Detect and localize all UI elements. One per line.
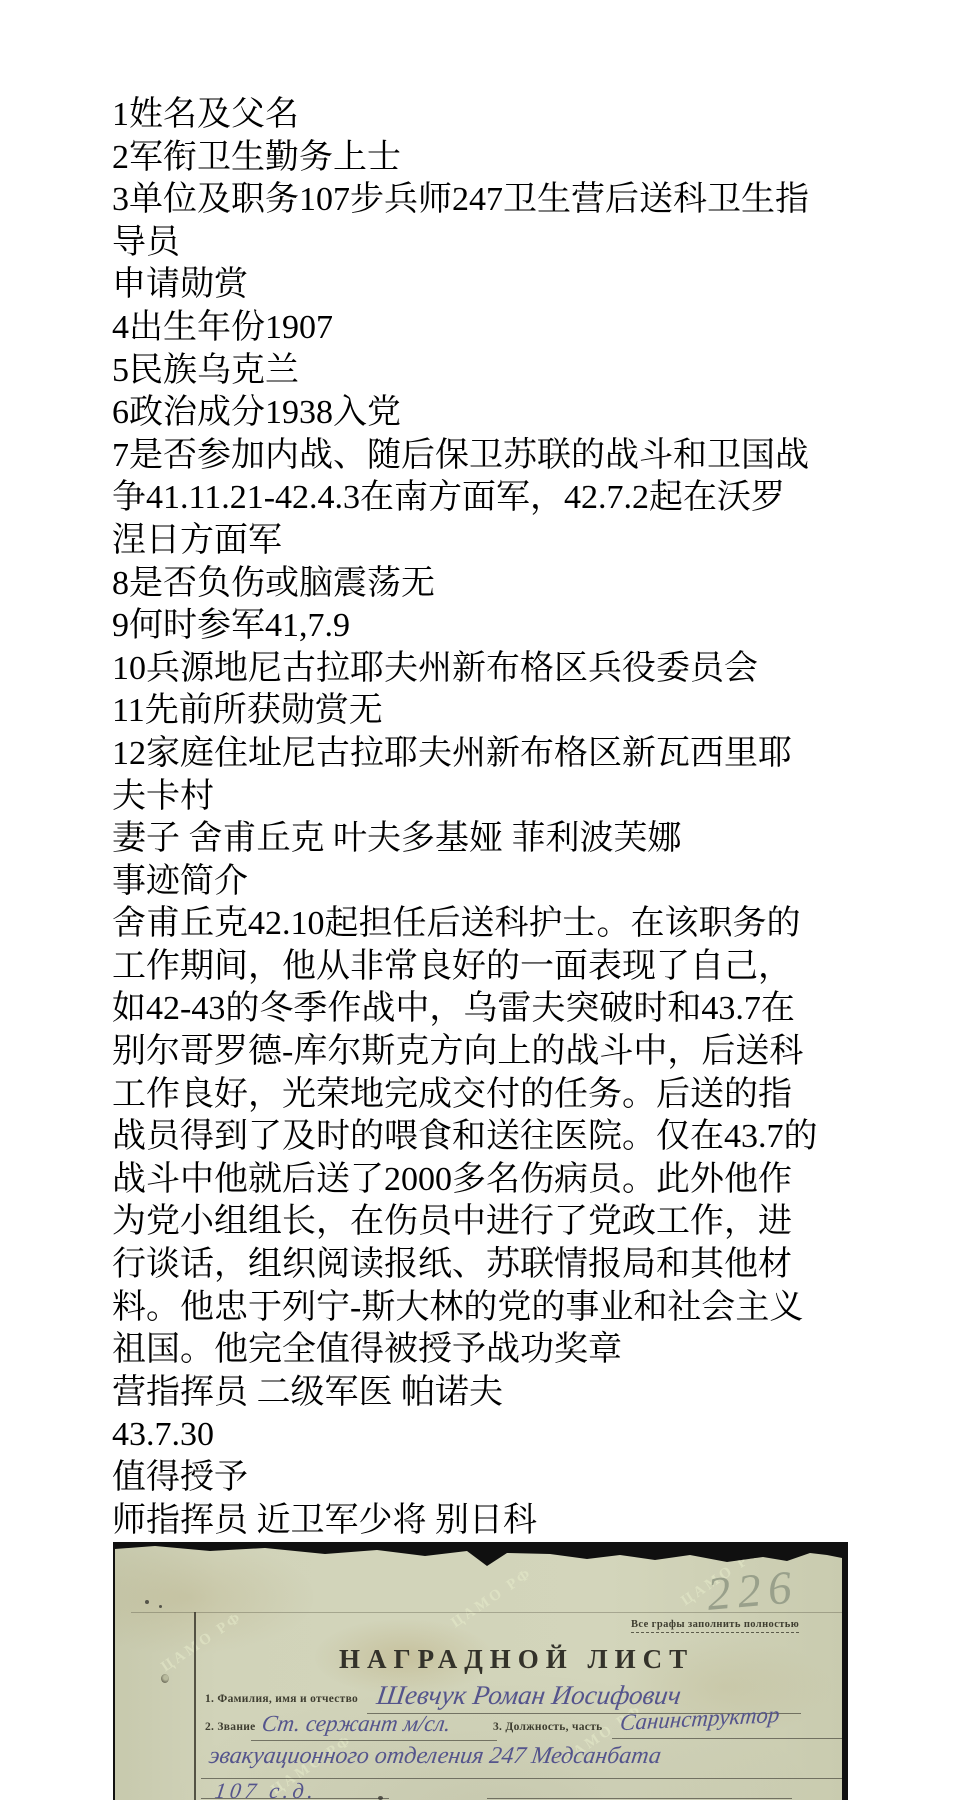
text-line: 如42-43的冬季作战中，乌雷夫突破时和43.7在: [112, 988, 972, 1031]
field-unit-label: 3. Должность, часть: [493, 1721, 603, 1733]
text-line: 4出生年份1907: [112, 307, 972, 350]
form-line: [201, 1798, 389, 1799]
text-line: 43.7.30: [112, 1414, 972, 1457]
document-title: НАГРАДНОЙ ЛИСТ: [339, 1644, 694, 1675]
text-line: 争41.11.21-42.4.3在南方面军，42.7.2起在沃罗: [112, 477, 972, 520]
form-left-border: [194, 1612, 196, 1800]
text-line: 行谈话，组织阅读报纸、苏联情报局和其他材: [112, 1244, 972, 1287]
form-line: [251, 1740, 497, 1741]
text-line: 工作良好，光荣地完成交付的任务。后送的指: [112, 1074, 972, 1117]
text-line: 祖国。他完全值得被授予战功奖章: [112, 1329, 972, 1372]
text-line: 1姓名及父名: [112, 94, 972, 137]
archive-watermark: ЦАМО РФ: [448, 1565, 536, 1632]
field-unit-value-line3: 107 с.д.: [213, 1778, 319, 1800]
text-line: 涅日方面军: [112, 520, 972, 563]
field-name-label: 1. Фамилия, имя и отчество: [205, 1693, 358, 1705]
text-line: 11先前所获勋赏无: [112, 690, 972, 733]
text-line: 8是否负伤或脑震荡无: [112, 563, 972, 606]
text-line: 6政治成分1938入党: [112, 392, 972, 435]
field-unit-value-line2: эвакуационного отделения 247 Медсанбата: [207, 1743, 663, 1770]
text-line: 5民族乌克兰: [112, 350, 972, 393]
ink-speck: [145, 1600, 149, 1604]
translated-text: 1姓名及父名2军衔卫生勤务上士3单位及职务107步兵师247卫生营后送科卫生指导…: [112, 94, 972, 1542]
field-rank-label: 2. Звание: [205, 1721, 256, 1733]
fill-all-note: Все графы заполнить полностью: [631, 1619, 799, 1633]
text-line: 申请勋赏: [112, 264, 972, 307]
archive-watermark: ЦАМО РФ: [158, 1609, 246, 1676]
paper-blemish: [161, 1674, 169, 1683]
text-line: 营指挥员 二级军医 帕诺夫: [112, 1372, 972, 1415]
text-line: 3单位及职务107步兵师247卫生营后送科卫生指: [112, 179, 972, 222]
field-rank-value: Ст. сержант м/сл.: [260, 1711, 452, 1737]
form-line: [612, 1738, 844, 1739]
text-line: 工作期间，他从非常良好的一面表现了自己，: [112, 946, 972, 989]
text-line: 事迹简介: [112, 861, 972, 904]
text-line: 9何时参军41,7.9: [112, 605, 972, 648]
text-line: 为党小组组长，在伤员中进行了党政工作，进: [112, 1201, 972, 1244]
ink-speck: [159, 1605, 162, 1608]
text-line: 2军衔卫生勤务上士: [112, 137, 972, 180]
text-line: 别尔哥罗德-库尔斯克方向上的战斗中，后送科: [112, 1031, 972, 1074]
field-name-value: Шевчук Роман Иосифович: [375, 1680, 683, 1711]
text-line: 12家庭住址尼古拉耶夫州新布格区新瓦西里耶: [112, 733, 972, 776]
text-line: 料。他忠于列宁-斯大林的党的事业和社会主义: [112, 1287, 972, 1330]
text-line: 战斗中他就后送了2000多名伤病员。此外他作: [112, 1159, 972, 1202]
text-line: 师指挥员 近卫军少将 别日科: [112, 1500, 972, 1543]
text-line: 10兵源地尼古拉耶夫州新布格区兵役委员会: [112, 648, 972, 691]
text-line: 导员: [112, 222, 972, 265]
text-line: 7是否参加内战、随后保卫苏联的战斗和卫国战: [112, 435, 972, 478]
text-line: 舍甫丘克42.10起担任后送科护士。在该职务的: [112, 903, 972, 946]
text-line: 妻子 舍甫丘克 叶夫多基娅 菲利波芙娜: [112, 818, 972, 861]
form-top-rule: [131, 1612, 844, 1613]
text-line: 战员得到了及时的喂食和送往医院。仅在43.7的: [112, 1116, 972, 1159]
text-line: 夫卡村: [112, 776, 972, 819]
form-line: [487, 1798, 792, 1799]
text-line: 值得授予: [112, 1457, 972, 1500]
document-paper: ЦАМО РФ ЦАМО РФ ЦАМО РФ ЦАМО РФ ЦАМО РФ …: [115, 1542, 842, 1800]
scanned-document-image[interactable]: ЦАМО РФ ЦАМО РФ ЦАМО РФ ЦАМО РФ ЦАМО РФ …: [113, 1542, 848, 1800]
